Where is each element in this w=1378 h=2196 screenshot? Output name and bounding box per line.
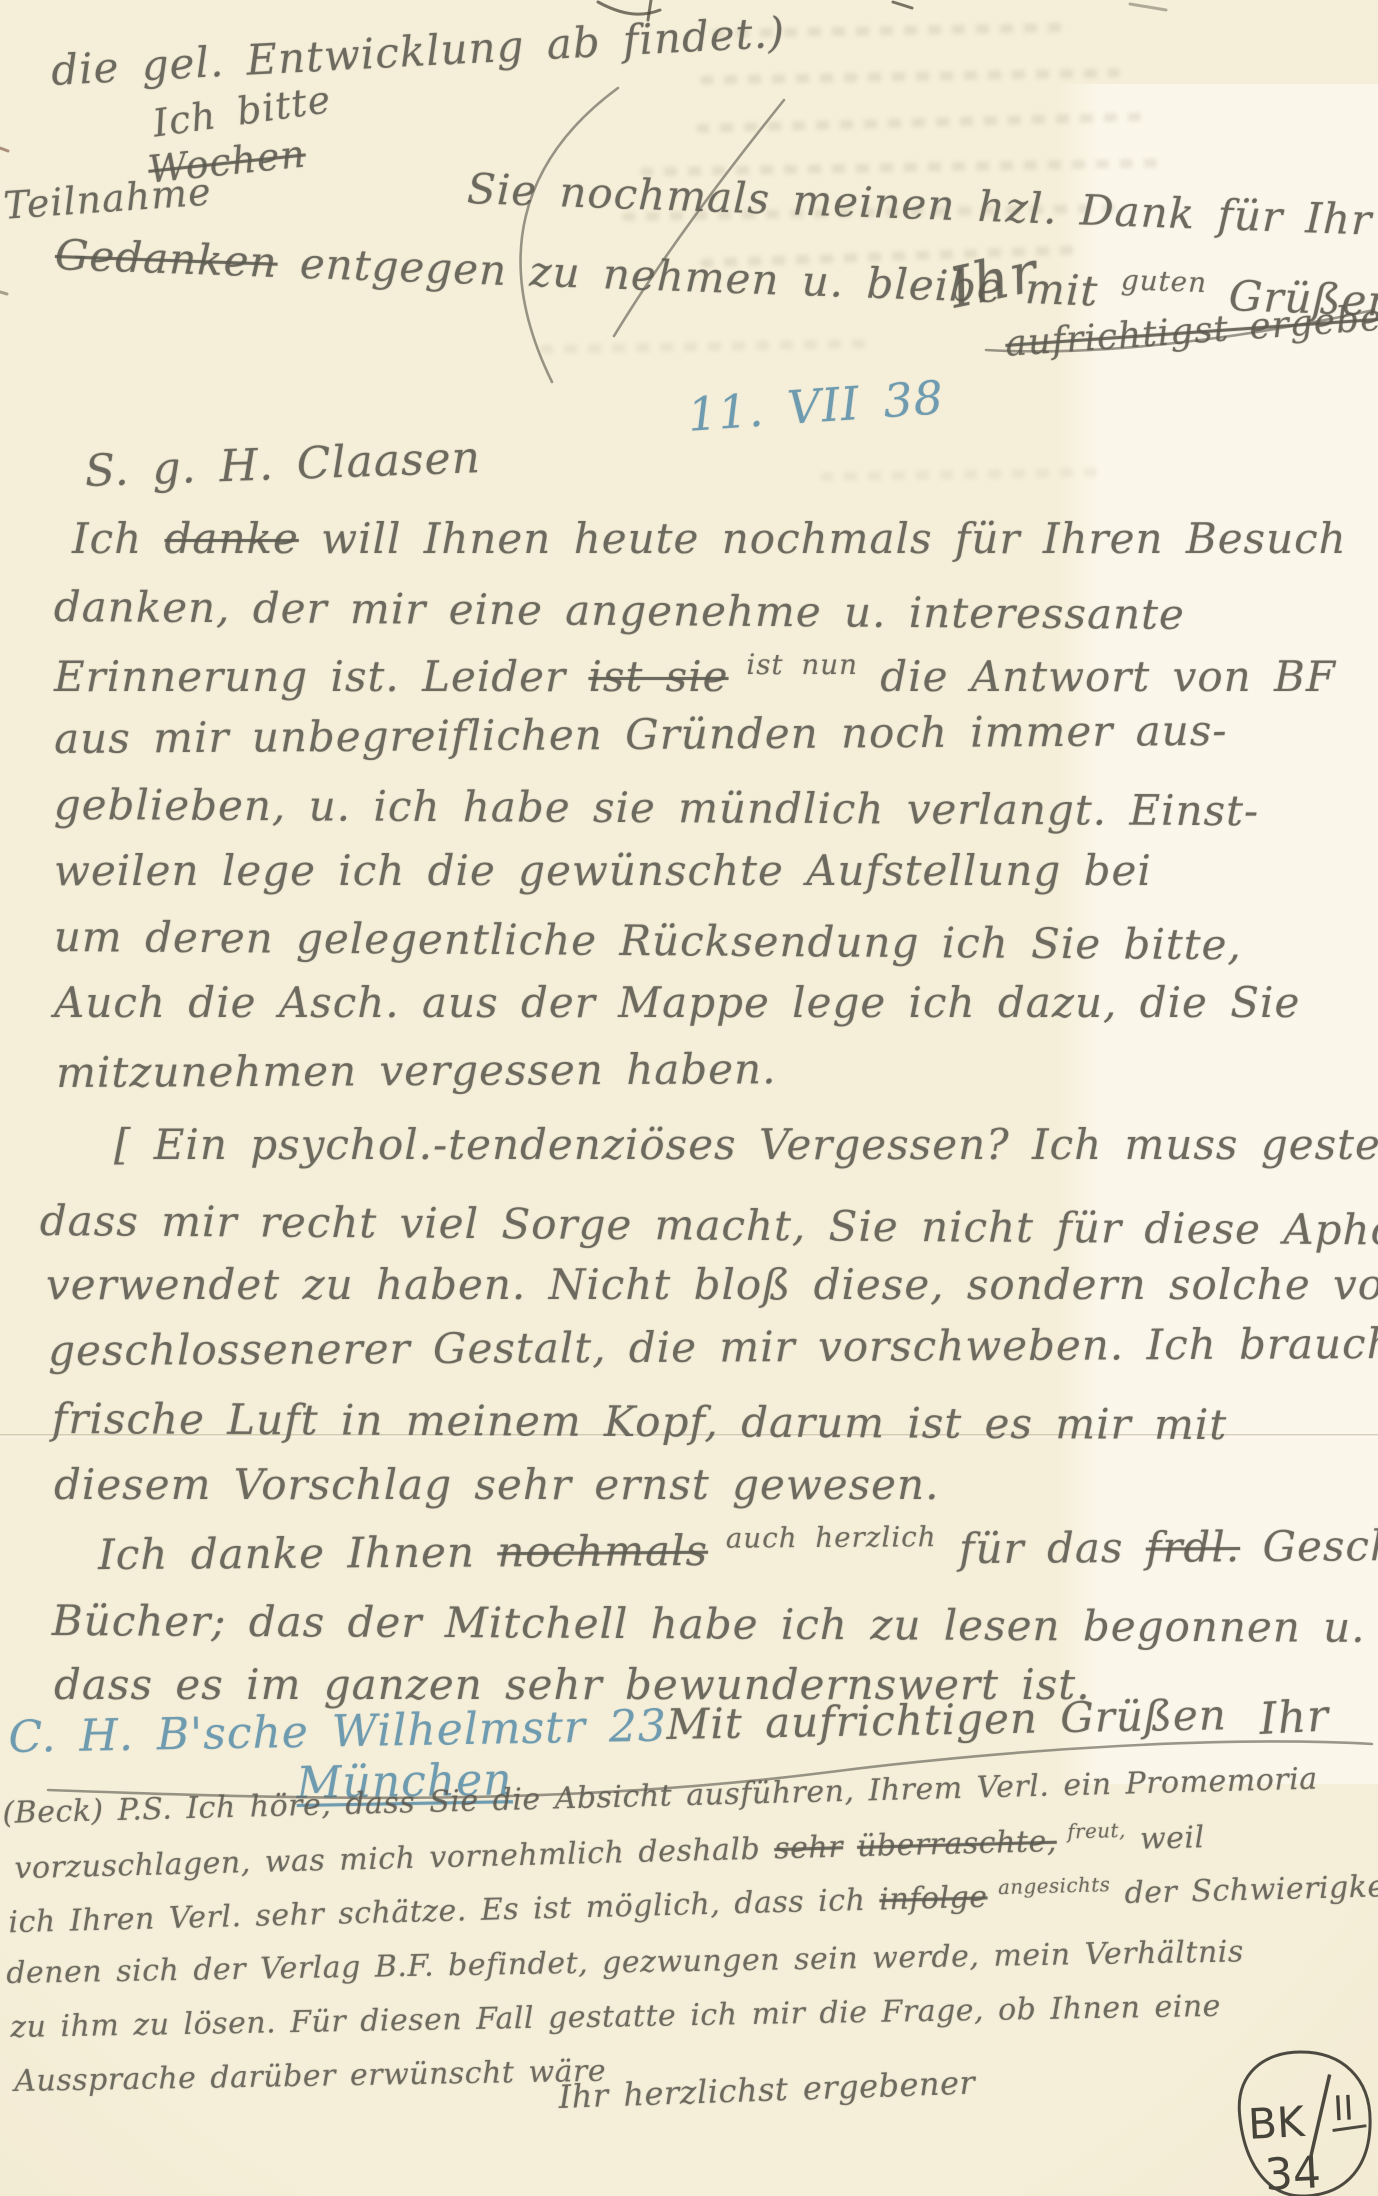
- stamp-numeral: II: [1332, 2088, 1354, 2129]
- handwriting-body-12: verwendet zu haben. Nicht bloß diese, so…: [46, 1260, 1378, 1309]
- handwriting-ps-7: Ihr herzlichst ergebener: [558, 2063, 976, 2116]
- handwriting-body-4: aus mir unbegreiflichen Gründen noch imm…: [54, 706, 1228, 763]
- handwriting-segment: angesichts: [987, 1873, 1111, 1899]
- handwriting-segment: geschlossenerer Gestalt, die mir vorschw…: [48, 1319, 1378, 1375]
- handwriting-date: 11. VII 38: [686, 370, 946, 442]
- bleed-through-mark: [540, 339, 870, 354]
- stamp-number: 34: [1264, 2147, 1323, 2196]
- handwriting-segment: die Antwort von BF: [858, 652, 1336, 701]
- handwriting-fragment-4: Teilnahme: [2, 169, 213, 227]
- handwriting-segment: guten: [1120, 263, 1207, 299]
- stamp-numeral-underline: [1332, 2126, 1366, 2131]
- stamp-code: BK: [1247, 2097, 1307, 2149]
- handwriting-segment: ist sie: [588, 652, 728, 701]
- handwriting-segment: ist nun: [729, 648, 858, 681]
- handwriting-body-9: mitzunehmen vergessen haben.: [56, 1044, 777, 1097]
- handwriting-body-10: [ Ein psychol.-tendenziöses Vergessen? I…: [114, 1120, 1378, 1169]
- handwriting-segment: Sie nochmals meinen hzl. Dank für Ihr fr…: [466, 164, 1378, 249]
- handwriting-body-13: geschlossenerer Gestalt, die mir vorschw…: [48, 1319, 1378, 1375]
- handwriting-segment: vorzuschlagen, was mich vornehmlich desh…: [14, 1831, 775, 1886]
- left-edge-mark: [0, 292, 7, 294]
- handwriting-segment: Ich danke Ihnen: [98, 1527, 497, 1579]
- handwriting-segment: verwendet zu haben. Nicht bloß diese, so…: [46, 1260, 1378, 1309]
- handwriting-segment: Bücher; das der Mitchell habe ich zu les…: [52, 1596, 1378, 1653]
- handwriting-segment: die gel. Entwicklung ab findet.): [50, 8, 786, 95]
- handwriting-segment: freut,: [1056, 1819, 1126, 1844]
- handwriting-body-3: Erinnerung ist. Leider ist sie ist nun d…: [54, 648, 1336, 701]
- handwriting-body-2: danken, der mir eine angenehme u. intere…: [54, 582, 1185, 639]
- handwriting-body-6: weilen lege ich die gewünschte Aufstellu…: [54, 846, 1152, 895]
- handwriting-segment: frische Luft in meinem Kopf, darum ist e…: [52, 1394, 1228, 1449]
- handwriting-segment: Erinnerung ist. Leider: [54, 652, 588, 701]
- handwriting-segment: Aussprache darüber erwünscht wäre: [14, 2054, 606, 2099]
- handwriting-segment: C. H. B'sche Wilhelmstr 23: [8, 1701, 667, 1763]
- handwriting-segment: S. g. H. Claasen: [84, 432, 482, 497]
- handwriting-address-street: C. H. B'sche Wilhelmstr 23: [8, 1701, 667, 1763]
- handwriting-segment: geblieben, u. ich habe sie mündlich verl…: [54, 780, 1260, 835]
- bleed-through-mark: [700, 68, 1120, 84]
- handwriting-body-8: Auch die Asch. aus der Mappe lege ich da…: [54, 978, 1300, 1027]
- handwriting-segment: danken, der mir eine angenehme u. intere…: [54, 582, 1185, 639]
- handwriting-body-7: um deren gelegentliche Rücksendung ich S…: [54, 912, 1242, 969]
- handwriting-segment: mitzunehmen vergessen haben.: [56, 1044, 777, 1097]
- handwriting-segment: Mit aufrichtigen Grüßen: [666, 1690, 1227, 1749]
- handwriting-segment: um deren gelegentliche Rücksendung ich S…: [54, 912, 1242, 969]
- handwriting-segment: weil: [1126, 1820, 1206, 1857]
- handwriting-closing-greeting: Mit aufrichtigen Grüßen: [666, 1690, 1227, 1749]
- handwriting-segment: Auch die Asch. aus der Mappe lege ich da…: [54, 978, 1300, 1027]
- handwriting-body-11: dass mir recht viel Sorge macht, Sie nic…: [40, 1196, 1378, 1256]
- handwriting-segment: Gedanken: [54, 230, 278, 287]
- handwriting-segment: frdl.: [1146, 1522, 1241, 1572]
- handwriting-closing-ihr: Ihr: [1258, 1690, 1330, 1745]
- handwriting-segment: 11. VII 38: [686, 370, 946, 442]
- handwriting-segment: aus mir unbegreiflichen Gründen noch imm…: [54, 706, 1228, 763]
- handwriting-ps-4: denen sich der Verlag B.F. befindet, gez…: [6, 1934, 1244, 1991]
- handwriting-segment: für das: [936, 1523, 1146, 1573]
- handwriting-segment: danke: [165, 514, 299, 563]
- handwriting-segment: ich Ihren Verl. sehr schätze. Es ist mög…: [8, 1882, 880, 1940]
- handwriting-segment: diesem Vorschlag sehr ernst gewesen.: [54, 1460, 939, 1509]
- top-edge-mark: [598, 2, 660, 14]
- handwriting-body-16: Ich danke Ihnen nochmals auch herzlich f…: [98, 1514, 1378, 1579]
- large-paren-stroke: [521, 88, 618, 382]
- handwriting-segment: dass mir recht viel Sorge macht, Sie nic…: [40, 1196, 1378, 1256]
- handwriting-segment: Ihr herzlichst ergebener: [558, 2063, 976, 2116]
- handwriting-body-5: geblieben, u. ich habe sie mündlich verl…: [54, 780, 1260, 835]
- bleed-through-mark: [696, 112, 1146, 133]
- stamp-slash: [1306, 2075, 1334, 2160]
- handwriting-body-15: diesem Vorschlag sehr ernst gewesen.: [54, 1460, 939, 1509]
- handwriting-ps-6: Aussprache darüber erwünscht wäre: [14, 2054, 606, 2099]
- handwriting-segment: weilen lege ich die gewünschte Aufstellu…: [54, 846, 1152, 895]
- handwriting-body-1: Ich danke will Ihnen heute nochmals für …: [72, 514, 1347, 563]
- handwriting-fragment-1: die gel. Entwicklung ab findet.): [50, 8, 786, 95]
- top-edge-mark: [1130, 4, 1166, 10]
- handwriting-segment: nochmals: [497, 1526, 708, 1576]
- handwriting-fragment-5: Sie nochmals meinen hzl. Dank für Ihr fr…: [466, 164, 1378, 249]
- handwriting-segment: infolge: [879, 1880, 988, 1918]
- handwriting-ps-5: zu ihm zu lösen. Für diesen Fall gestatt…: [10, 1989, 1221, 2045]
- handwriting-segment: der Schwierigkeiten, in: [1110, 1866, 1378, 1911]
- handwriting-body-14: frische Luft in meinem Kopf, darum ist e…: [52, 1394, 1228, 1449]
- handwriting-segment: Teilnahme: [2, 169, 213, 227]
- handwriting-segment: Geschenk der beiden: [1240, 1519, 1378, 1572]
- handwriting-segment: sehr: [774, 1830, 844, 1867]
- bleed-through-mark: [820, 468, 1100, 482]
- handwriting-segment: [843, 1829, 858, 1864]
- top-edge-mark: [893, 2, 912, 8]
- handwriting-segment: zu ihm zu lösen. Für diesen Fall gestatt…: [10, 1989, 1221, 2045]
- handwriting-segment: auch herzlich: [708, 1520, 937, 1555]
- stamp-circle: [1236, 2048, 1374, 2196]
- archive-stamp: BK II 34: [1236, 2048, 1374, 2196]
- letter-page: die gel. Entwicklung ab findet.)Ich bitt…: [0, 0, 1378, 2196]
- handwriting-segment: Ich: [72, 514, 165, 563]
- handwriting-segment: [ Ein psychol.-tendenziöses Vergessen? I…: [114, 1120, 1378, 1169]
- handwriting-segment: denen sich der Verlag B.F. befindet, gez…: [6, 1934, 1244, 1991]
- handwriting-segment: Ihr: [1258, 1690, 1330, 1745]
- handwriting-body-17: Bücher; das der Mitchell habe ich zu les…: [52, 1596, 1378, 1653]
- handwriting-salutation: S. g. H. Claasen: [84, 432, 482, 497]
- left-edge-mark: [0, 148, 8, 151]
- handwriting-segment: will Ihnen heute nochmals für Ihren Besu…: [299, 514, 1347, 563]
- handwriting-segment: überraschte,: [857, 1824, 1058, 1864]
